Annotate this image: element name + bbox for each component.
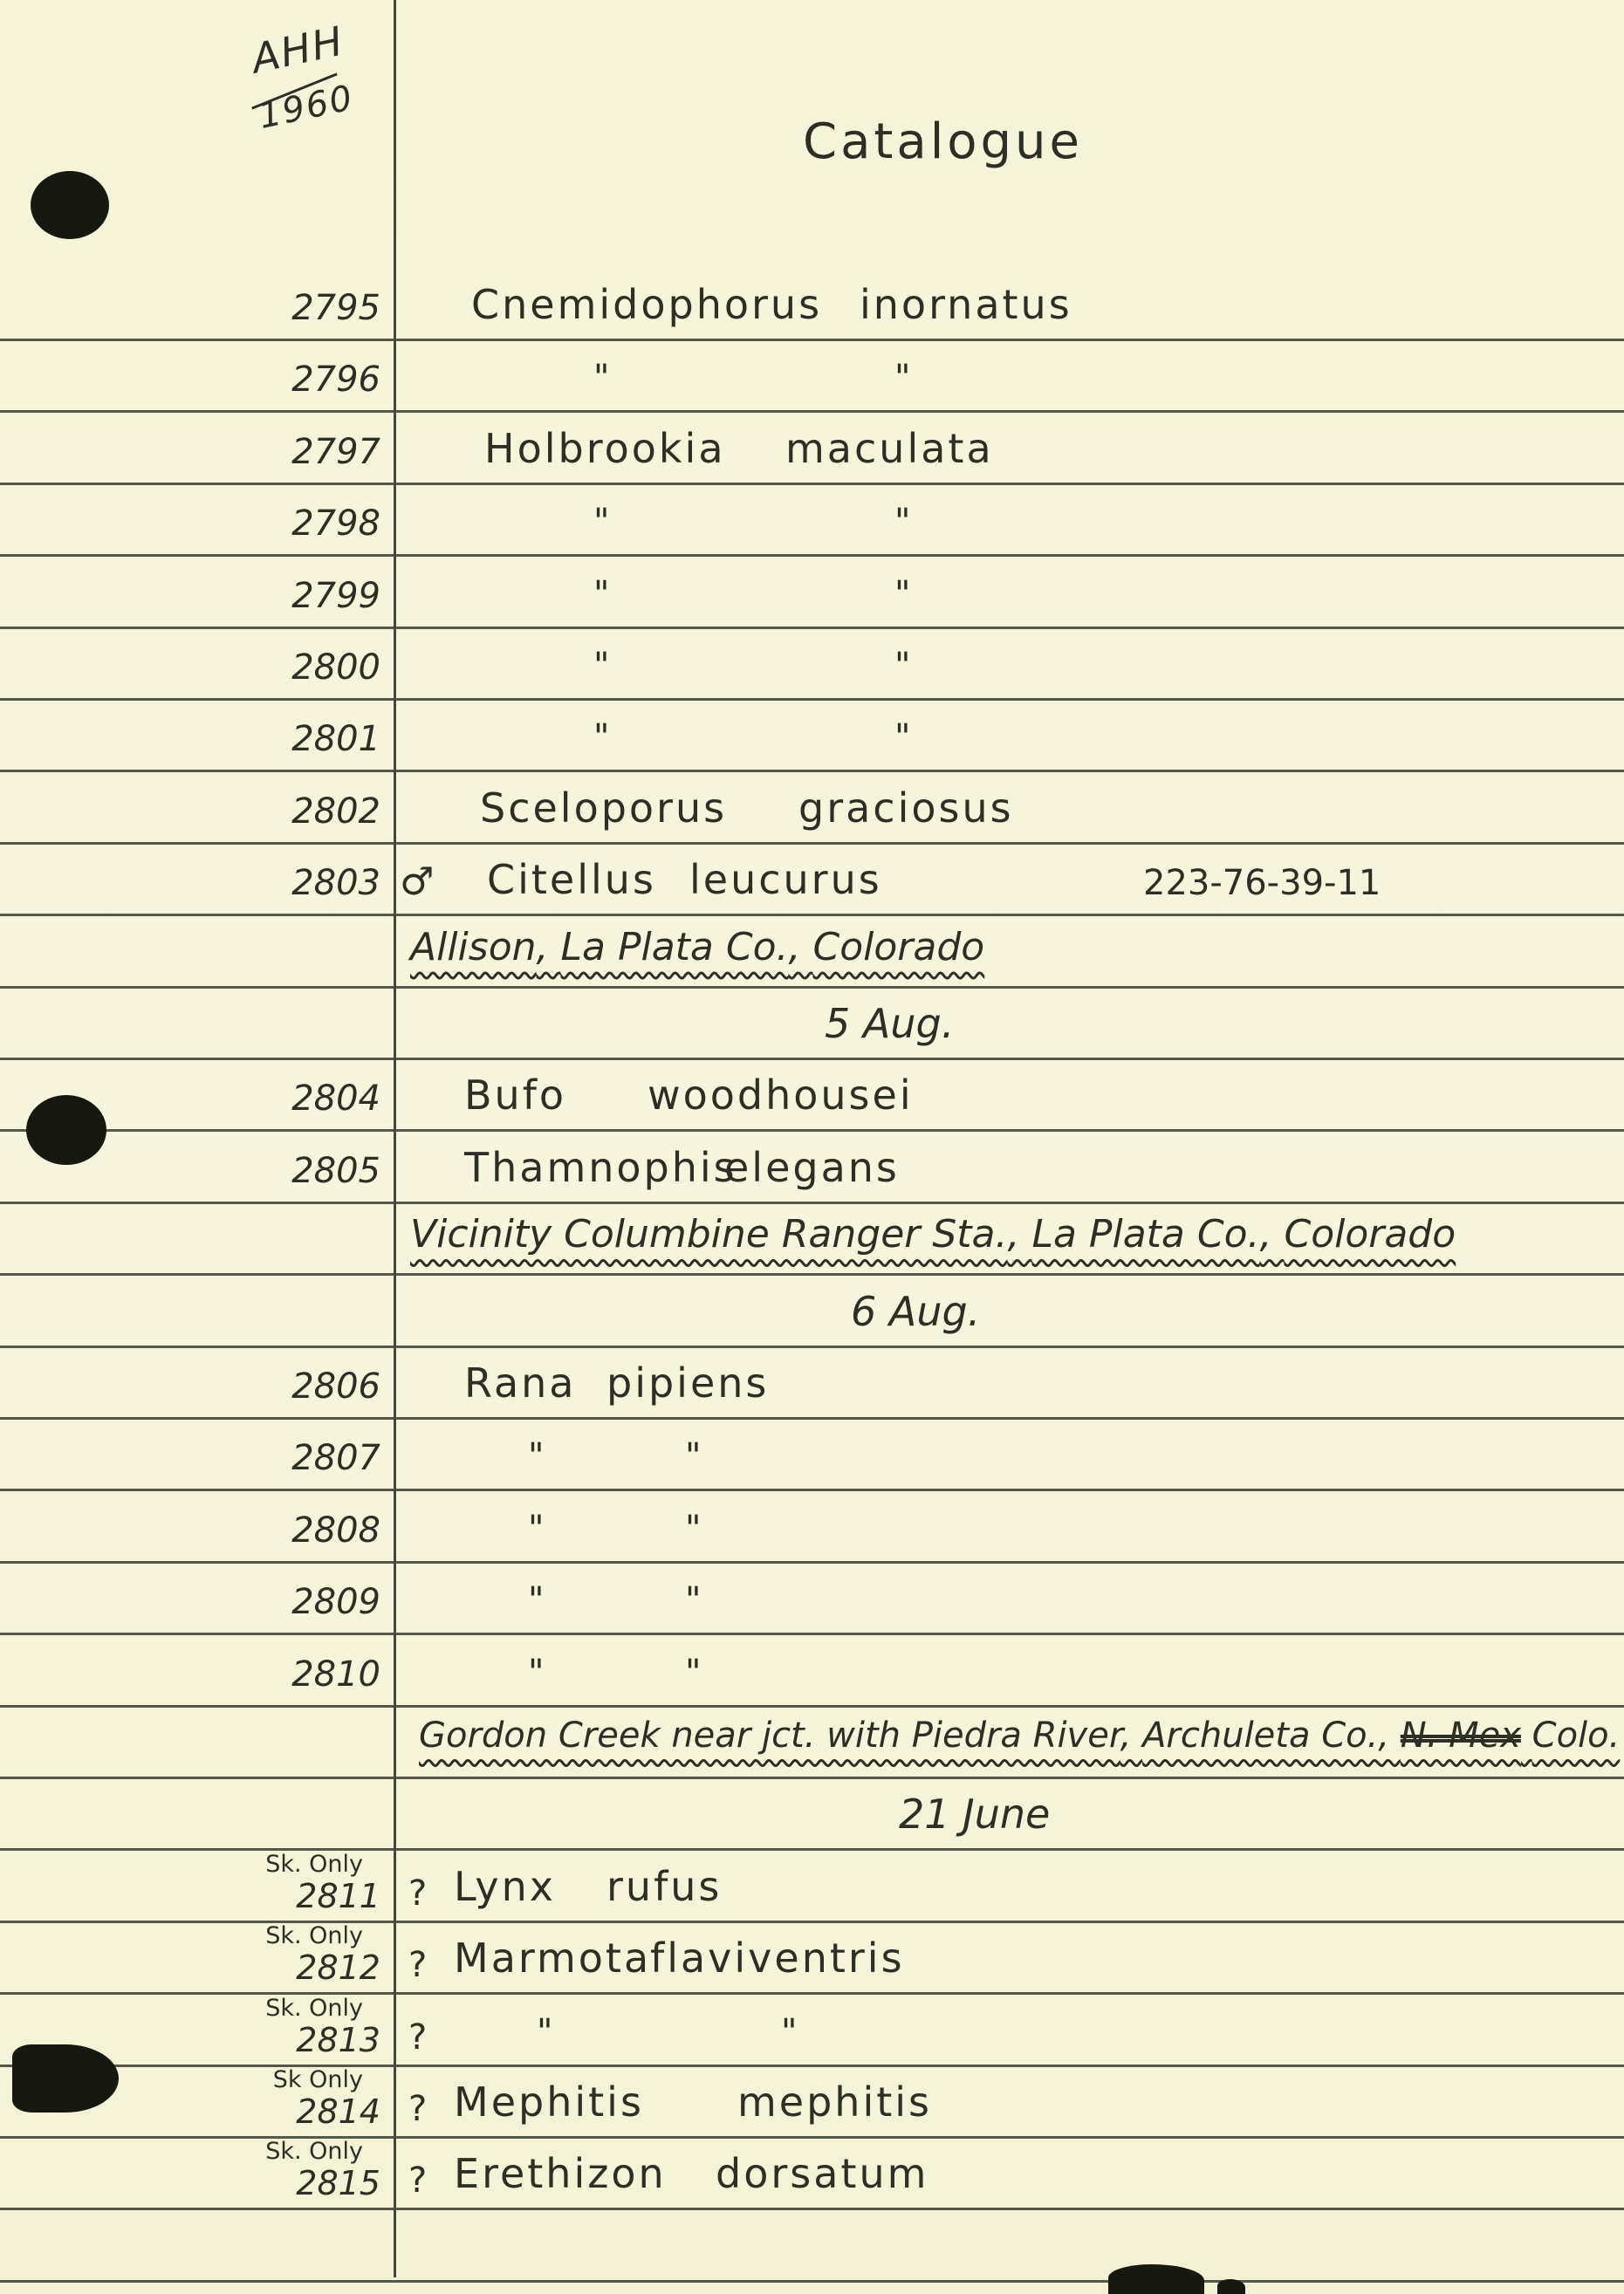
- ink-blot-small: [1217, 2279, 1245, 2294]
- locality-part: Allison: [410, 925, 537, 969]
- catalogue-number: 2800: [291, 647, 380, 688]
- locality-part: Colorado: [1284, 1212, 1456, 1257]
- ruled-line: [0, 1273, 1624, 1276]
- ditto-mark-species: ": [894, 646, 910, 686]
- ditto-mark-genus: ": [593, 646, 609, 686]
- ditto-mark-genus: ": [537, 2012, 552, 2052]
- ditto-mark-species: ": [685, 1509, 701, 1549]
- ditto-mark-genus: ": [528, 1580, 544, 1620]
- catalogue-number: 2806: [291, 1366, 380, 1407]
- locality-part: La Plata Co.: [1031, 1212, 1259, 1257]
- locality-part: Gordon Creek near jct. with Piedra River: [419, 1715, 1120, 1756]
- catalogue-number: 2812: [296, 1948, 380, 1987]
- collecting-locality: Vicinity Columbine Ranger Sta., La Plata…: [410, 1212, 1456, 1257]
- ruled-line: [0, 2136, 1624, 2139]
- ruled-line: [0, 770, 1624, 772]
- ruled-line: [0, 1489, 1624, 1491]
- genus-name: Holbrookia: [484, 425, 726, 472]
- ruled-line: [0, 1561, 1624, 1564]
- catalogue-number: 2805: [291, 1151, 380, 1191]
- corner-initials: AHH: [248, 17, 349, 83]
- catalogue-number: 2801: [291, 719, 380, 759]
- ruled-line: [0, 1633, 1624, 1635]
- ruled-line: [0, 627, 1624, 629]
- catalogue-number: 2814: [296, 2092, 380, 2131]
- ruled-line: [0, 483, 1624, 485]
- genus-name: Marmota: [454, 1934, 651, 1982]
- ruled-line: [0, 914, 1624, 916]
- catalogue-number: 2808: [291, 1510, 380, 1551]
- ditto-mark-species: ": [685, 1436, 701, 1476]
- collection-date: 6 Aug.: [851, 1288, 980, 1335]
- uncertain-mark: ?: [408, 2089, 427, 2129]
- ink-blot: [1108, 2264, 1204, 2294]
- ruled-line: [0, 1058, 1624, 1060]
- ditto-mark-species: ": [894, 502, 910, 542]
- species-epithet: woodhousei: [648, 1072, 914, 1119]
- catalogue-page: AHH 1960 Catalogue 2795Cnemidophorusinor…: [0, 0, 1624, 2294]
- genus-name: Erethizon: [454, 2150, 667, 2197]
- ruled-line: [0, 1346, 1624, 1348]
- ruled-line: [0, 339, 1624, 341]
- species-epithet: maculata: [785, 425, 994, 472]
- genus-name: Cnemidophorus: [471, 281, 822, 328]
- ditto-mark-genus: ": [593, 574, 609, 614]
- ruled-line: [0, 2065, 1624, 2067]
- genus-name: Sceloporus: [480, 784, 727, 832]
- ditto-mark-species: ": [894, 358, 910, 398]
- catalogue-number: 2811: [296, 1877, 380, 1915]
- ruled-line: [0, 1202, 1624, 1204]
- species-epithet: mephitis: [737, 2078, 932, 2126]
- ruled-line: [0, 554, 1624, 557]
- collection-date: 5 Aug.: [825, 1000, 954, 1047]
- species-epithet: graciosus: [798, 784, 1014, 832]
- species-epithet: leucurus: [689, 856, 882, 903]
- ruled-line: [0, 2208, 1624, 2210]
- male-symbol: ♂: [400, 859, 434, 904]
- ruled-line: [0, 1848, 1624, 1851]
- ruled-line: [0, 2280, 1624, 2283]
- uncertain-mark: ?: [408, 2017, 427, 2058]
- ruled-line: [0, 698, 1624, 701]
- punch-hole-middle: [26, 1095, 106, 1165]
- uncertain-mark: ?: [408, 1873, 427, 1914]
- collecting-locality: Allison, La Plata Co., Colorado: [410, 925, 984, 969]
- ditto-mark-genus: ": [528, 1436, 544, 1476]
- collection-date: 21 June: [899, 1791, 1050, 1838]
- catalogue-number: 2795: [291, 288, 380, 328]
- ditto-mark-genus: ": [528, 1509, 544, 1549]
- ruled-line: [0, 1992, 1624, 1995]
- catalogue-number: 2813: [296, 2021, 380, 2059]
- catalogue-number: 2810: [291, 1654, 380, 1695]
- ditto-mark-genus: ": [593, 717, 609, 757]
- ruled-line: [0, 1777, 1624, 1779]
- collecting-locality: Gordon Creek near jct. with Piedra River…: [419, 1715, 1620, 1756]
- uncertain-mark: ?: [408, 2160, 427, 2201]
- locality-part: La Plata Co.: [561, 925, 789, 969]
- catalogue-number: 2804: [291, 1079, 380, 1119]
- ditto-mark-species: ": [894, 574, 910, 614]
- ruled-line: [0, 1129, 1624, 1132]
- species-epithet: pipiens: [606, 1359, 769, 1407]
- genus-name: Bufo: [464, 1072, 566, 1119]
- genus-name: Mephitis: [454, 2078, 644, 2126]
- margin-line: [394, 0, 396, 2277]
- locality-part: Archuleta Co.: [1142, 1715, 1378, 1756]
- measurements: 223-76-39-11: [1143, 863, 1381, 903]
- ditto-mark-species: ": [685, 1653, 701, 1693]
- species-epithet: dorsatum: [716, 2150, 928, 2197]
- page-title: Catalogue: [803, 113, 1083, 170]
- ruled-line: [0, 986, 1624, 989]
- catalogue-number: 2796: [291, 360, 380, 400]
- genus-name: Lynx: [454, 1863, 556, 1910]
- ruled-line: [0, 842, 1624, 845]
- skeleton-only-note: Sk. Only: [265, 1922, 363, 1949]
- genus-name: Citellus: [487, 856, 656, 903]
- species-epithet: rufus: [606, 1863, 722, 1910]
- skeleton-only-note: Sk. Only: [265, 1995, 363, 2022]
- catalogue-number: 2797: [291, 432, 380, 472]
- struck-out-text: N. Mex: [1401, 1715, 1521, 1756]
- species-epithet: elegans: [724, 1144, 900, 1191]
- skeleton-only-note: Sk. Only: [265, 1851, 363, 1878]
- ditto-mark-species: ": [894, 717, 910, 757]
- ruled-line: [0, 1921, 1624, 1923]
- genus-name: Thamnophis: [464, 1144, 737, 1191]
- catalogue-number: 2807: [291, 1438, 380, 1478]
- ruled-line: [0, 410, 1624, 413]
- punch-hole-top: [31, 171, 109, 239]
- locality-part: Colorado: [813, 925, 985, 969]
- ditto-mark-genus: ": [593, 358, 609, 398]
- skeleton-only-note: Sk Only: [273, 2066, 363, 2093]
- ditto-mark-species: ": [685, 1580, 701, 1620]
- species-epithet: flaviventris: [650, 1934, 905, 1982]
- ditto-mark-genus: ": [528, 1653, 544, 1693]
- skeleton-only-note: Sk. Only: [265, 2138, 363, 2165]
- catalogue-number: 2799: [291, 576, 380, 616]
- catalogue-number: 2809: [291, 1582, 380, 1622]
- punch-hole-bottom: [12, 2044, 119, 2113]
- genus-name: Rana: [464, 1359, 576, 1407]
- ditto-mark-genus: ": [593, 502, 609, 542]
- ruled-line: [0, 1705, 1624, 1708]
- corner-year: 1960: [255, 78, 357, 137]
- uncertain-mark: ?: [408, 1945, 427, 1985]
- species-epithet: inornatus: [860, 281, 1072, 328]
- locality-part: Colo.: [1532, 1715, 1621, 1756]
- catalogue-number: 2803: [291, 863, 380, 903]
- ditto-mark-species: ": [781, 2012, 797, 2052]
- catalogue-number: 2802: [291, 791, 380, 832]
- catalogue-number: 2798: [291, 503, 380, 544]
- locality-part: Vicinity Columbine Ranger Sta.: [410, 1212, 1007, 1257]
- ruled-line: [0, 1417, 1624, 1420]
- catalogue-number: 2815: [296, 2164, 380, 2202]
